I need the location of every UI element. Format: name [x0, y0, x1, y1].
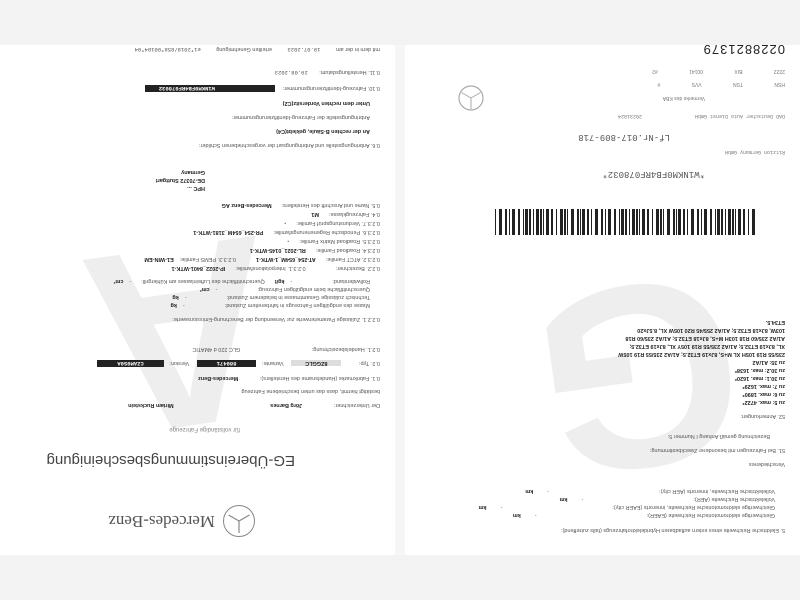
vin-location-value: Unter dem rechten Vordersitz(C2): [0, 100, 370, 106]
kba-label: Vermerke des KBA: [405, 95, 705, 101]
plate-heading: 0.6. Anbringungsstelle und Anbringungsar…: [0, 142, 380, 148]
dealer-line-2: DAD Deutscher Auto Dienst GmbH 20231824: [405, 113, 785, 119]
address-line: HPC ...: [187, 185, 205, 191]
special-purpose-label: 51. Bei Fahrzeugen mit besonderer Zweckb…: [405, 447, 785, 453]
vin-location-label: Anbringungsstelle der Fahrzeug-Identifiz…: [0, 114, 370, 120]
range-heading: 5. Elektrische Reichweite eines extern a…: [405, 527, 785, 533]
scan-margin-top: [0, 555, 800, 600]
range-row: Vollelektrische Reichweite (AER):-km: [560, 496, 775, 502]
plate-value: An der rechten B-Säule, geklebt(C4): [0, 128, 370, 134]
remarks-label: 52. Anmerkungen:: [405, 413, 785, 419]
type-row: 0.2. Typ: 8ZGGLC Variante: 880471 Versio…: [0, 360, 380, 367]
range-row: Gleichwertige elektromotorische Reichwei…: [513, 512, 775, 518]
remark-line: zu 35: A1/A2: [752, 359, 785, 365]
signatory-line: Der Unterzeichner: Jörg Barnes Miriam Ru…: [0, 402, 380, 408]
remark-line: zu 30.1: max. 1620*: [735, 375, 785, 381]
family-row: 0.2.2. Bezeichner:0.2.3.1. Interpolation…: [172, 265, 380, 271]
page-1: A Mercedes-Benz EG-Übereinstimmungsbesch…: [0, 45, 395, 555]
document-subtitle: für vollständige Fahrzeuge: [0, 426, 240, 432]
remark-line: zu 6: max. 1890*: [743, 391, 786, 397]
vin-barcode-text: *W1NKM0FB4RF078032*: [405, 169, 705, 179]
param-row: Masse des endgültigen Fahrzeugs in fahrb…: [171, 302, 371, 308]
watermark: A: [67, 174, 295, 496]
vin-barcode: [495, 209, 755, 235]
remark-line: ET34.5.: [766, 319, 785, 325]
codes-values: 2222 BIX 00141 #2: [405, 68, 785, 74]
param-row: Querschnittfläche beim endgültigen Fahrz…: [200, 286, 370, 292]
scan-margin-bottom: [0, 0, 800, 45]
remark-line: XL, 8Jx19 ET32.5; A1/A2 235/55 R19 105Y …: [629, 343, 785, 349]
brand-header: Mercedes-Benz: [0, 505, 255, 537]
serial-number: 0228821379: [405, 45, 785, 57]
mercedes-star-icon: [223, 505, 255, 537]
dealer-line-1: Ritzion Germany GmbH: [405, 149, 785, 155]
brand-name: Mercedes-Benz: [108, 511, 215, 531]
remark-line: 235/55 R19 105H XL M+S, 8Jx19 ET32.5; A1…: [618, 351, 785, 357]
vin-row: 0.10. Fahrzeug-Identifizierungsnummer: W…: [0, 85, 380, 92]
remark-line: zu 30.2: max. 1638*: [735, 367, 785, 373]
params-heading: 0.2.2.1. Zulässige Parameterwerte zur Ve…: [0, 316, 380, 322]
special-purpose-value: Bezeichnung gemäß Anhang I Nummer 5:: [405, 433, 770, 439]
page-2: G 5. Elektrische Reichweite eines extern…: [405, 45, 800, 555]
range-row: Gleichwertige elektromotorische Reichwei…: [479, 504, 775, 510]
manufacturer-row: 0.1. Fabrikmarke (Handelsname des Herste…: [0, 375, 380, 381]
param-row: Technisch zulässige Gesamtmasse in belad…: [172, 294, 370, 300]
address-line: DE-70372 Stuttgart: [156, 177, 205, 183]
trade-name-row: 0.2.1. Handelsbezeichnung: GLC 220 d 4MA…: [0, 346, 380, 352]
scanned-sheet: A Mercedes-Benz EG-Übereinstimmungsbesch…: [0, 0, 800, 600]
family-row: 0.4. Fahrzeugklasse:M1: [311, 211, 380, 217]
remark-line: A1/A2 235/60 R18 103H M+S, 8Jx18 ET32.5;…: [625, 335, 785, 341]
misc-heading: Verschiedenes: [405, 461, 785, 467]
mercedes-star-icon: [457, 84, 485, 112]
production-date-row: 0.11. Herstellungsdatum: 29.08.2023: [0, 69, 380, 76]
document-title: EG-Übereinstimmungsbescheinigung: [0, 452, 295, 469]
remark-line: zu 7: max. 1629*: [743, 383, 786, 389]
family-row: 0.2.3.7. Verdunstungsprüf Familie:-: [284, 220, 380, 226]
remark-line: zu 5: max. 4722*: [743, 399, 786, 405]
family-row: 0.2.3.4. Roadload Familie:RL-2021_0145-W…: [250, 247, 380, 253]
family-row: 0.2.3.6. Periodische Regenerierungsfamil…: [193, 229, 380, 235]
lf-number: Lf-Nr.017-809-718: [405, 132, 670, 142]
param-row: Rollwiderstand:-kg/tQuerschnittfläche de…: [114, 278, 370, 284]
family-row: 0.2.3.2. ATCT Familie:AT-254_654M_1-WTK-…: [144, 256, 380, 262]
approval-row: mit dem in der am 19.07.2023 erteilten G…: [0, 46, 380, 53]
address-line: Germany: [181, 169, 205, 175]
family-row: 0.2.3.5. Roadload Matrix Familie:-: [287, 238, 380, 244]
vin-value: W1NKM0FB4RF078032: [145, 85, 275, 92]
confirm-text: bestätigt hiermit, dass das unten beschr…: [0, 388, 380, 394]
range-row: Vollelektrische Reichweite, innerorts (A…: [525, 488, 775, 494]
remark-line: 103W, 8Jx18 ET32.5; A1/A2 255/45 R20 105…: [637, 327, 785, 333]
family-row: 0.5. Name und Anschrift des Herstellers:…: [222, 202, 380, 208]
